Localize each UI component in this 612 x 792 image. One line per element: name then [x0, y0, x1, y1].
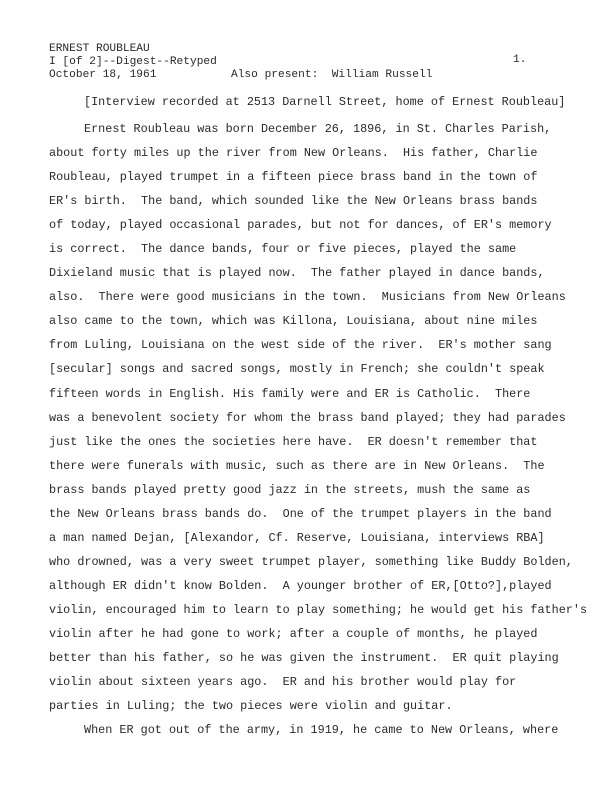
transcript-line: of today, played occasional parades, but… [49, 213, 587, 237]
transcript-line: fifteen words in English. His family wer… [49, 382, 587, 406]
page-number: 1. [513, 54, 526, 66]
transcript-line: there were funerals with music, such as … [49, 454, 587, 478]
transcript-line: also came to the town, which was Killona… [49, 309, 587, 333]
transcript-line: Ernest Roubleau was born December 26, 18… [49, 117, 587, 141]
transcript-line: from Luling, Louisiana on the west side … [49, 333, 587, 357]
transcript-line: who drowned, was a very sweet trumpet pl… [49, 550, 587, 574]
transcript-line: brass bands played pretty good jazz in t… [49, 478, 587, 502]
transcript-line: also. There were good musicians in the t… [49, 285, 587, 309]
transcript-body: Ernest Roubleau was born December 26, 18… [49, 117, 587, 742]
transcript-line: When ER got out of the army, in 1919, he… [49, 718, 587, 742]
transcript-line: violin, encouraged him to learn to play … [49, 598, 587, 622]
also-present: Also present: William Russell [231, 69, 432, 81]
interview-location-note: [Interview recorded at 2513 Darnell Stre… [84, 95, 565, 109]
transcript-line: parties in Luling; the two pieces were v… [49, 694, 587, 718]
transcript-line: was a benevolent society for whom the br… [49, 406, 587, 430]
transcript-line: [secular] songs and sacred songs, mostly… [49, 357, 587, 381]
transcript-line: just like the ones the societies here ha… [49, 430, 587, 454]
interview-date: October 18, 1961 [49, 69, 156, 82]
reel-info: I [of 2]--Digest--Retyped [49, 56, 217, 69]
transcript-line: violin about sixteen years ago. ER and h… [49, 670, 587, 694]
interviewee-name: ERNEST ROUBLEAU [49, 43, 150, 56]
document-page: ERNEST ROUBLEAU I [of 2]--Digest--Retype… [0, 0, 612, 792]
transcript-line: Roubleau, played trumpet in a fifteen pi… [49, 165, 587, 189]
transcript-line: is correct. The dance bands, four or fiv… [49, 237, 587, 261]
transcript-line: a man named Dejan, [Alexandor, Cf. Reser… [49, 526, 587, 550]
transcript-line: about forty miles up the river from New … [49, 141, 587, 165]
transcript-line: Dixieland music that is played now. The … [49, 261, 587, 285]
transcript-line: violin after he had gone to work; after … [49, 622, 587, 646]
transcript-line: although ER didn't know Bolden. A younge… [49, 574, 587, 598]
transcript-line: ER's birth. The band, which sounded like… [49, 189, 587, 213]
transcript-line: the New Orleans brass bands do. One of t… [49, 502, 587, 526]
transcript-line: better than his father, so he was given … [49, 646, 587, 670]
